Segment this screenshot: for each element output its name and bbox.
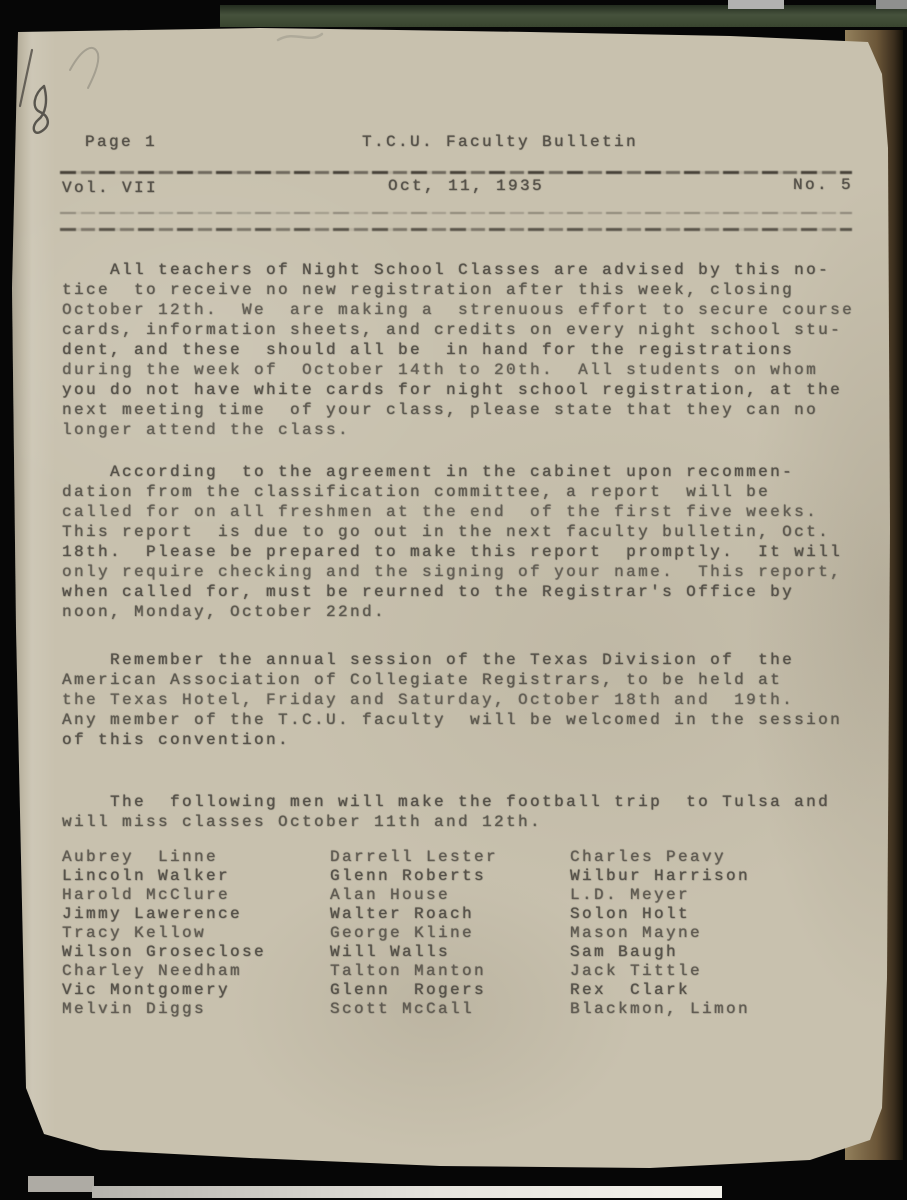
roster-name: Glenn Rogers bbox=[330, 981, 498, 1000]
divider-line-faint bbox=[60, 212, 852, 214]
text-line: This report is due to go out in the next… bbox=[62, 522, 842, 542]
text-line: next meeting time of your class, please … bbox=[62, 400, 854, 420]
roster-name: Wilson Groseclose bbox=[62, 943, 266, 962]
text-line: you do not have white cards for night sc… bbox=[62, 380, 854, 400]
roster-name: Jimmy Lawerence bbox=[62, 905, 266, 924]
roster-name: Melvin Diggs bbox=[62, 1000, 266, 1019]
divider-line-top bbox=[60, 171, 852, 174]
roster-name: Alan House bbox=[330, 886, 498, 905]
handwritten-pencil-marks bbox=[10, 28, 330, 208]
page-number: Page 1 bbox=[85, 133, 157, 151]
volume-label: Vol. VII bbox=[62, 179, 158, 197]
text-line: noon, Monday, October 22nd. bbox=[62, 602, 842, 622]
text-line: the Texas Hotel, Friday and Saturday, Oc… bbox=[62, 690, 842, 710]
roster-name: Solon Holt bbox=[570, 905, 750, 924]
roster-name: Darrell Lester bbox=[330, 848, 498, 867]
roster-name: Harold McClure bbox=[62, 886, 266, 905]
text-line: tice to receive no new registration afte… bbox=[62, 280, 854, 300]
roster-name: Jack Tittle bbox=[570, 962, 750, 981]
roster-name: Wilbur Harrison bbox=[570, 867, 750, 886]
roster-name: Glenn Roberts bbox=[330, 867, 498, 886]
roster-name: Lincoln Walker bbox=[62, 867, 266, 886]
scanner-artifact-top bbox=[728, 0, 784, 9]
text-line: All teachers of Night School Classes are… bbox=[62, 260, 854, 280]
text-line: during the week of October 14th to 20th.… bbox=[62, 360, 854, 380]
scanner-artifact-top-right bbox=[876, 0, 907, 9]
scanned-book-page-photo: { "document": { "header": { "page_label"… bbox=[0, 0, 907, 1200]
date-label: Oct, 11, 1935 bbox=[388, 177, 544, 195]
document-title: T.C.U. Faculty Bulletin bbox=[362, 133, 638, 151]
football-roster: Aubrey LinneLincoln WalkerHarold McClure… bbox=[10, 848, 893, 1038]
roster-name: Sam Baugh bbox=[570, 943, 750, 962]
text-line: dation from the classification committee… bbox=[62, 482, 842, 502]
scanner-artifact-bottom bbox=[92, 1186, 722, 1198]
text-line: American Association of Collegiate Regis… bbox=[62, 670, 842, 690]
text-line: The following men will make the football… bbox=[62, 792, 830, 812]
roster-column-1: Aubrey LinneLincoln WalkerHarold McClure… bbox=[62, 848, 266, 1019]
paragraph-football-trip: The following men will make the football… bbox=[62, 792, 830, 832]
text-line: only require checking and the signing of… bbox=[62, 562, 842, 582]
roster-column-3: Charles PeavyWilbur HarrisonL.D. MeyerSo… bbox=[570, 848, 750, 1019]
text-line: Remember the annual session of the Texas… bbox=[62, 650, 842, 670]
text-line: when called for, must be reurned to the … bbox=[62, 582, 842, 602]
text-line: Any member of the T.C.U. faculty will be… bbox=[62, 710, 842, 730]
roster-name: Blackmon, Limon bbox=[570, 1000, 750, 1019]
text-line: will miss classes October 11th and 12th. bbox=[62, 812, 830, 832]
roster-name: Will Walls bbox=[330, 943, 498, 962]
roster-name: George Kline bbox=[330, 924, 498, 943]
roster-name: Aubrey Linne bbox=[62, 848, 266, 867]
text-line: longer attend the class. bbox=[62, 420, 854, 440]
scanner-artifact-bottom-left bbox=[28, 1176, 94, 1192]
paragraph-night-school-notice: All teachers of Night School Classes are… bbox=[62, 260, 854, 440]
roster-name: Vic Montgomery bbox=[62, 981, 266, 1000]
roster-name: Charley Needham bbox=[62, 962, 266, 981]
roster-name: Rex Clark bbox=[570, 981, 750, 1000]
text-line: cards, information sheets, and credits o… bbox=[62, 320, 854, 340]
book-binding-edge-top bbox=[220, 5, 907, 27]
roster-name: L.D. Meyer bbox=[570, 886, 750, 905]
roster-name: Charles Peavy bbox=[570, 848, 750, 867]
paragraph-registrars-convention: Remember the annual session of the Texas… bbox=[62, 650, 842, 750]
issue-number: No. 5 bbox=[793, 176, 853, 194]
paragraph-freshman-report: According to the agreement in the cabine… bbox=[62, 462, 842, 622]
text-line: called for on all freshmen at the end of… bbox=[62, 502, 842, 522]
roster-name: Talton Manton bbox=[330, 962, 498, 981]
text-line: dent, and these should all be in hand fo… bbox=[62, 340, 854, 360]
text-line: October 12th. We are making a strenuous … bbox=[62, 300, 854, 320]
roster-name: Mason Mayne bbox=[570, 924, 750, 943]
document-page: Page 1 T.C.U. Faculty Bulletin Vol. VII … bbox=[10, 28, 893, 1168]
roster-name: Tracy Kellow bbox=[62, 924, 266, 943]
text-line: of this convention. bbox=[62, 730, 842, 750]
divider-line-bottom bbox=[60, 228, 852, 231]
roster-column-2: Darrell LesterGlenn RobertsAlan HouseWal… bbox=[330, 848, 498, 1019]
roster-name: Scott McCall bbox=[330, 1000, 498, 1019]
roster-name: Walter Roach bbox=[330, 905, 498, 924]
text-line: According to the agreement in the cabine… bbox=[62, 462, 842, 482]
text-line: 18th. Please be prepared to make this re… bbox=[62, 542, 842, 562]
